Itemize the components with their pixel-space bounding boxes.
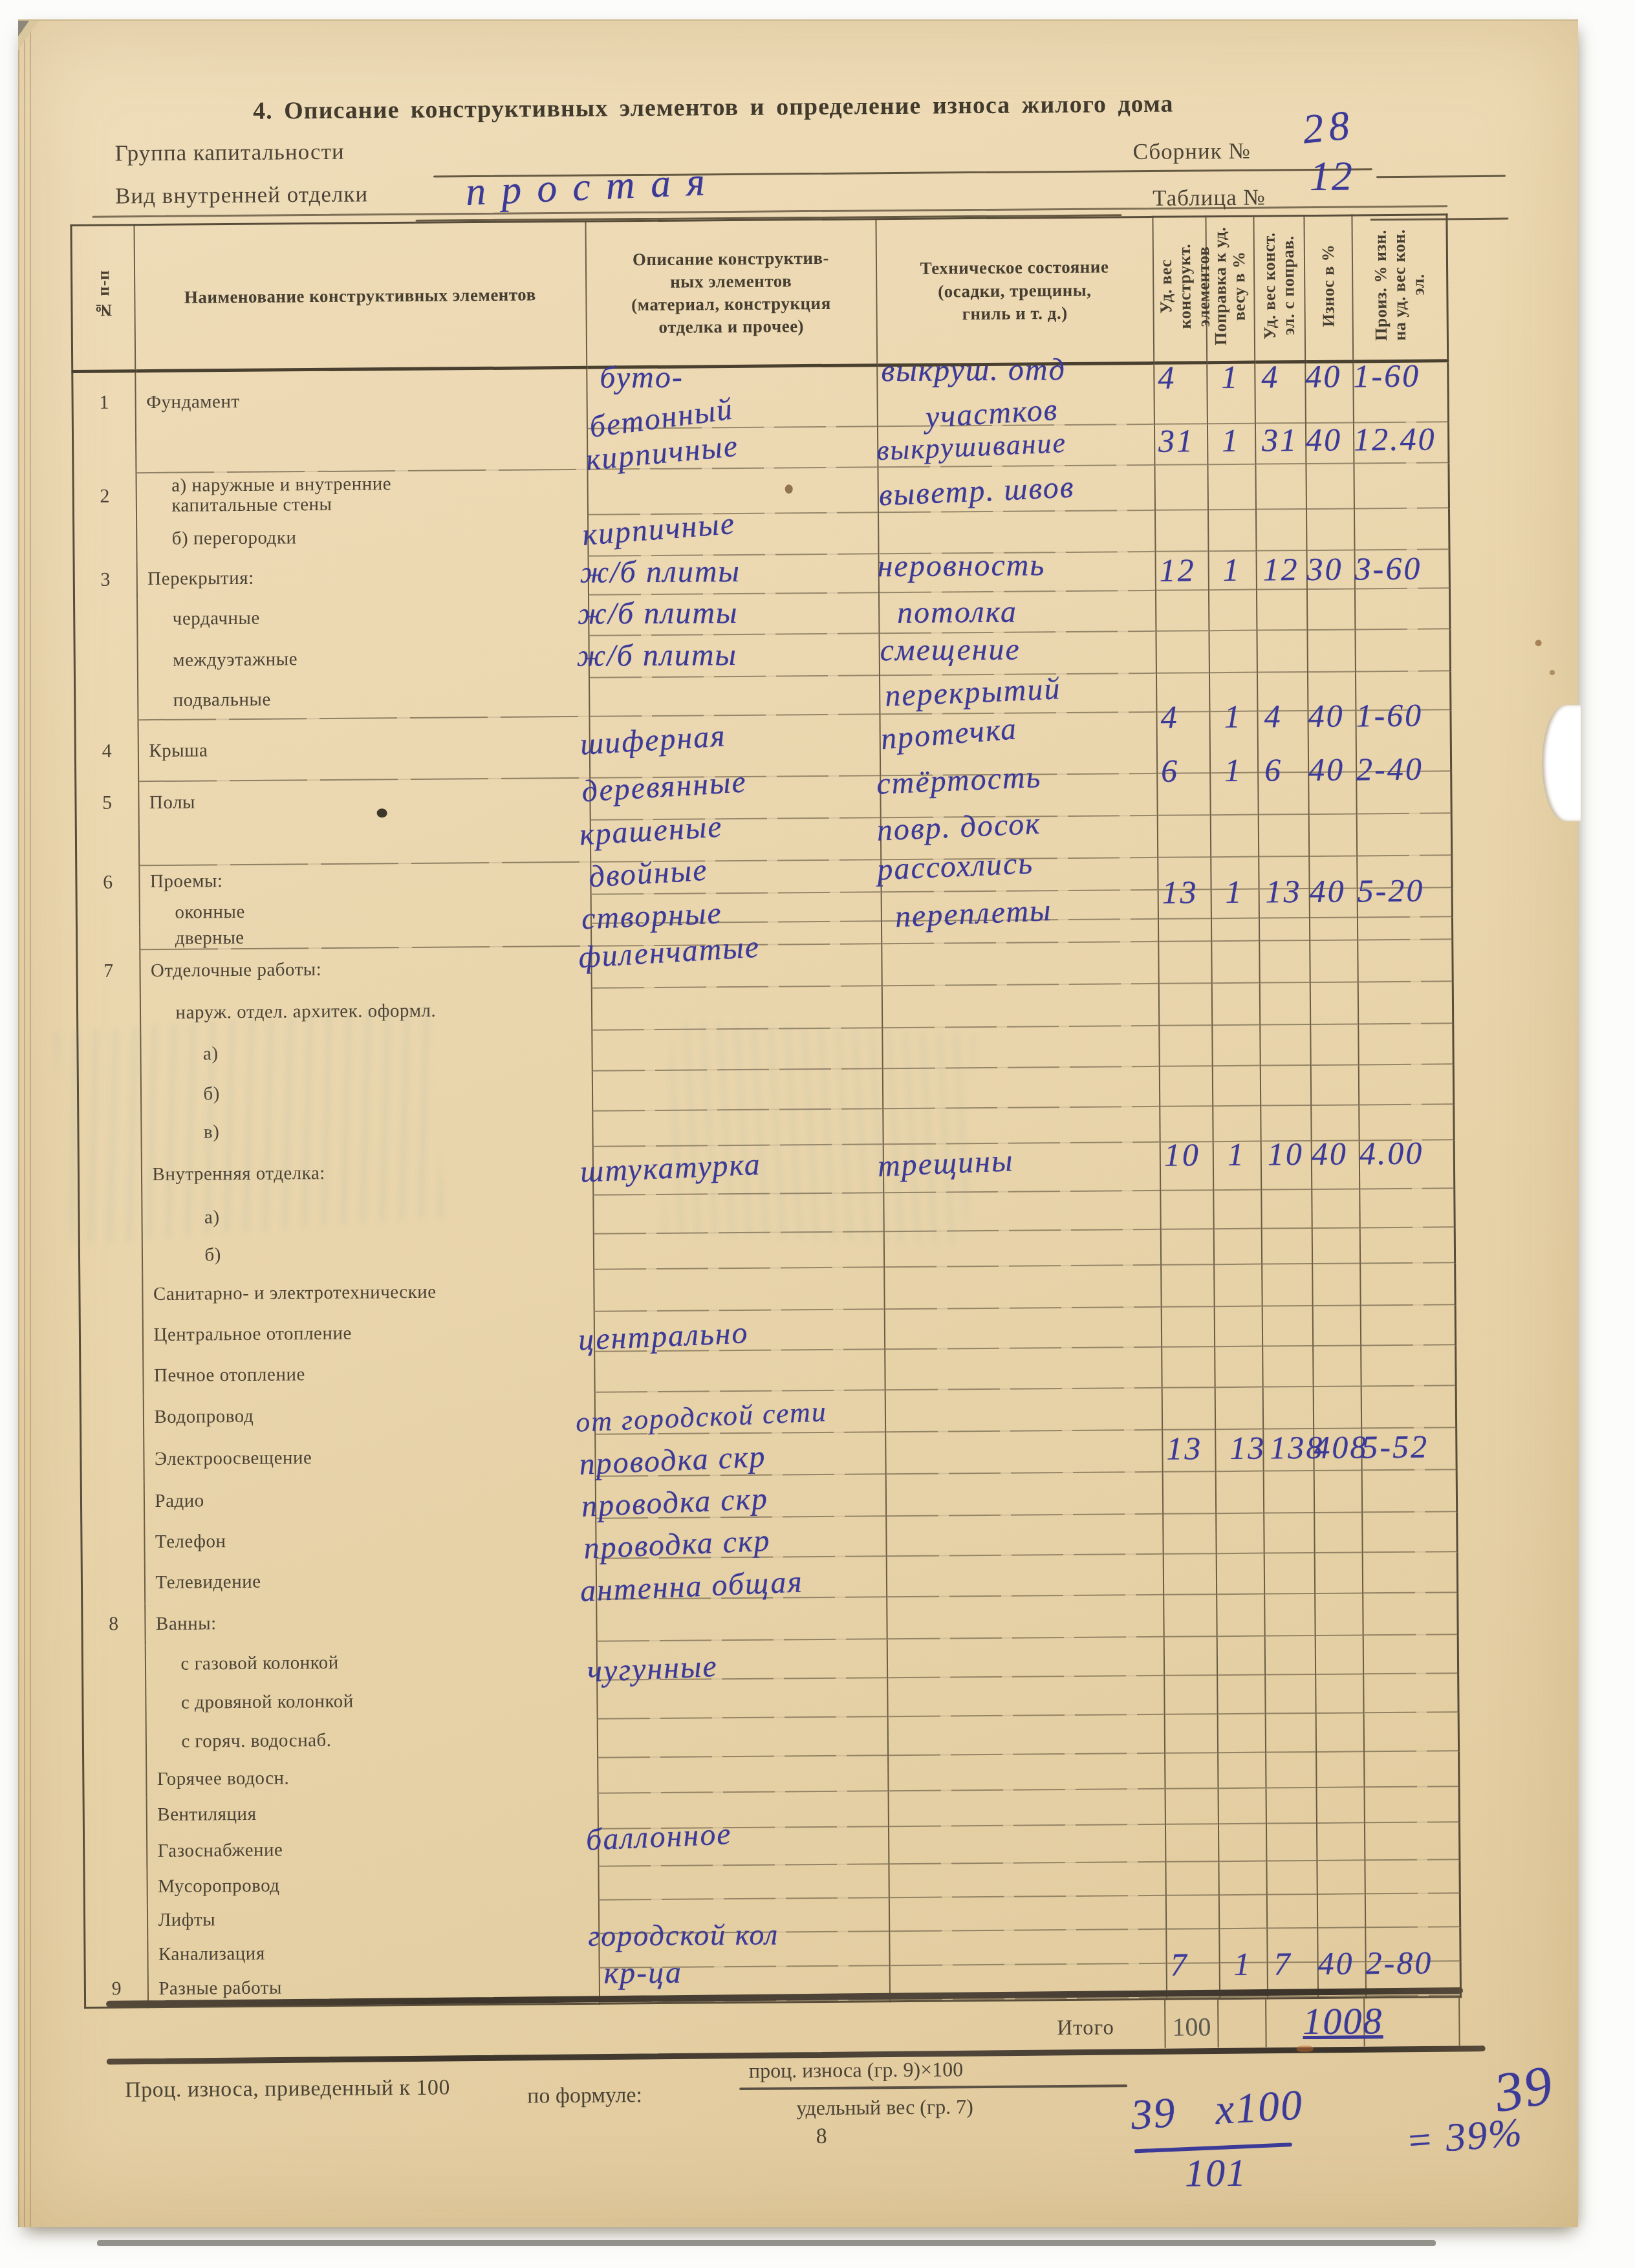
cell-row-label [138,820,590,865]
cell-popravka [1217,1594,1265,1637]
cell-proizv [1356,814,1452,856]
hw-value: 4.00 [1359,1137,1424,1170]
formula-numerator: проц. износа (гр. 9)×100 [749,2057,963,2083]
cell-udves [1158,942,1212,984]
col-header-proizv-label: Произ. % изн. на уд. вес кон. эл. [1371,219,1429,352]
cell-row-number [81,1438,144,1481]
cell-udves-poprav [1261,1190,1312,1229]
cell-popravka [1211,983,1260,1026]
cell-proizv [1363,1712,1458,1752]
cell-proizv [1358,1024,1453,1065]
field-label-sbornik: Сборник № [1132,138,1251,165]
table-row: 1Фундамент [72,361,1449,433]
cell-udves-poprav [1266,1824,1316,1862]
hw-value: 2-40 [1356,753,1424,786]
cell-row-label: б) перегородки [136,515,588,559]
cell-proizv [1360,1305,1455,1346]
col-header-name-label: Наименование конструктивных элементов [184,285,536,307]
hw-openings-material: створные [581,898,723,934]
cell-udves-poprav [1265,1714,1316,1753]
cell-proizv [1354,589,1449,630]
cell-iznos [1316,1787,1364,1824]
cell-udves [1165,1753,1218,1789]
cell-row-label: Крыша [138,717,590,781]
cell-iznos [1307,630,1356,673]
cell-row-number: 2 [73,473,136,519]
cell-row-label: Санитарно- и электротехнические [142,1269,594,1315]
cell-udves [1160,1191,1213,1230]
cell-popravka [1213,1190,1261,1229]
cell-condition [885,1472,1162,1516]
cell-udves-poprav [1266,1861,1317,1895]
col-header-num: № п-п [71,225,135,372]
cell-popravka [1217,1636,1264,1676]
cell-condition [886,1514,1163,1556]
scanned-document: 4. Описание конструктивных элементов и о… [0,0,1635,2268]
cell-popravka [1215,1387,1263,1430]
cell-row-label: с дровяной колонкой [146,1680,597,1722]
cell-row-number [76,898,139,928]
cell-popravka [1210,815,1259,858]
cell-condition [887,1676,1164,1716]
cell-iznos [1312,1264,1361,1306]
cell-udves [1163,1514,1216,1555]
cell-udves [1164,1637,1217,1676]
col-header-num-label: № п-п [94,270,113,320]
cell-row-number: 5 [76,782,139,825]
field-label-group: Группа капитальности [114,139,344,167]
cell-row-number [73,433,136,474]
cell-condition [884,1265,1161,1309]
cell-row-label: дверные [140,923,591,949]
totals-divider [1217,2000,1219,2047]
cell-row-number [84,1833,147,1871]
cell-row-number [74,599,137,640]
cell-udves-poprav [1255,464,1306,510]
cell-udves-poprav [1261,1229,1312,1265]
hw-sbornik-number: 28 [1301,104,1356,150]
cell-proizv [1362,1512,1457,1553]
cell-row-number [74,519,136,561]
hw-electricity: проводка скр [579,1442,767,1480]
hw-value: 12.40 [1354,422,1436,455]
cell-row-label: Электроосвещение [144,1434,595,1480]
cell-row-number [75,682,138,721]
paper-stain [785,484,793,493]
cell-iznos [1317,1861,1365,1895]
hw-value: 4 [1261,360,1279,393]
hw-value: 12 [1263,553,1299,585]
cell-udves [1164,1714,1217,1754]
hw-value: 1 [1224,700,1242,733]
hw-value: 1-60 [1353,360,1420,393]
cell-udves-poprav [1265,1675,1316,1714]
cell-row-label: с газовой колонкой [145,1641,596,1683]
cell-row-label: с горяч. водоснаб. [146,1719,597,1761]
hw-floors-condition: смещение [880,634,1021,666]
hw-value: 1-60 [1356,699,1423,732]
cell-iznos [1317,1894,1365,1928]
cell-proizv [1359,1227,1455,1264]
cell-popravka [1214,1264,1262,1307]
hw-openings-condition: переплеты [894,895,1052,933]
ink-bleedthrough [54,1004,445,1246]
cell-iznos [1310,1065,1358,1106]
cell-popravka [1215,1471,1264,1514]
cell-row-number: 7 [77,950,140,993]
cell-iznos [1315,1593,1363,1636]
cell-popravka [1215,1346,1262,1388]
cell-description [594,1268,884,1312]
hw-telephone: проводка скр [583,1526,772,1564]
hw-value: 13 [1229,1432,1266,1464]
cell-iznos [1312,1306,1360,1346]
ink-blot [377,808,387,817]
cell-row-number: 6 [76,866,139,899]
cell-popravka [1218,1788,1266,1824]
col-header-popravka-label: Поправка к уд. весу в % [1211,220,1250,352]
paper-stain [1550,670,1555,675]
cell-row-number [82,1645,145,1685]
cell-proizv [1364,1787,1459,1823]
totals-divider [1265,2000,1267,2047]
cell-proizv [1362,1552,1457,1593]
cell-udves [1158,984,1212,1026]
col-header-line: (материал, конструкция [589,292,873,317]
hw-floor-condition: стёртость [876,762,1042,800]
col-header-popravka: Поправка к уд. весу в % [1206,216,1255,363]
cell-condition [887,1637,1164,1678]
cell-udves-poprav [1259,918,1309,942]
cell-row-number [74,640,138,682]
cell-udves-poprav [1258,815,1309,858]
cell-row-label: Газоснабжение [147,1829,598,1870]
cell-popravka [1214,1306,1262,1347]
cell-description [598,1756,888,1794]
cell-udves [1165,1824,1218,1863]
cell-proizv [1364,1751,1459,1787]
hw-calc-denominator: 101 [1185,2154,1247,2193]
cell-udves [1158,919,1211,942]
cell-proizv [1363,1674,1458,1713]
hw-foundation-material: буто- [600,362,684,394]
col-header-proizv: Произ. % изн. на уд. вес кон. эл. [1352,215,1448,362]
cell-popravka [1216,1553,1264,1595]
cell-row-label: чердачные [137,595,589,639]
hw-value: 40 [1308,753,1345,786]
cell-popravka [1212,1025,1260,1066]
col-header-line: Техническое состояние [879,255,1149,280]
cell-proizv [1363,1593,1458,1636]
cell-proizv [1358,940,1453,982]
cell-popravka [1208,590,1256,631]
hw-value: 40 [1305,360,1341,393]
cell-row-label: междуэтажные [137,636,589,681]
cell-udves [1165,1895,1218,1930]
cell-row-number [84,1904,147,1938]
cell-popravka [1218,1753,1266,1789]
cell-row-label: Радио [144,1476,595,1522]
cell-proizv [1359,1189,1455,1228]
col-header-udves-poprav-label: Уд. вес конст. эл. с поправ. [1260,219,1299,352]
cell-row-number [80,1273,143,1316]
cell-udves-poprav [1263,1471,1314,1514]
totals-divider [1458,1998,1460,2046]
cell-popravka [1218,1824,1266,1862]
cell-udves-poprav [1262,1306,1312,1347]
cell-condition [889,1895,1165,1931]
cell-proizv [1360,1263,1456,1306]
cell-udves [1159,1066,1212,1107]
cell-row-number [81,1480,144,1523]
cell-row-label: Телефон [144,1518,596,1562]
cell-row-label: б) [142,1234,593,1273]
cell-udves-poprav [1255,510,1306,552]
cell-iznos [1310,940,1358,983]
hw-value: 31 [1262,424,1298,456]
cell-iznos [1316,1674,1363,1714]
cell-popravka [1216,1513,1264,1554]
formula-by-label: по формуле: [527,2083,642,2108]
hw-wear-percent-total: 39 [1491,2057,1557,2121]
page-content: 4. Описание конструктивных элементов и о… [18,9,1596,2228]
cell-row-label: Полы [138,778,590,823]
cell-description [597,1717,887,1758]
cell-popravka [1207,464,1256,510]
cell-row-label: Лифты [147,1900,598,1937]
cell-row-label: Центральное отопление [142,1312,594,1355]
col-header-line: ных элементов [589,269,873,294]
cell-udves-poprav [1264,1594,1316,1637]
cell-row-number [83,1723,146,1762]
hw-value: 12 [1160,554,1196,586]
hw-value: 1 [1222,424,1240,457]
cell-row-number [80,1315,142,1356]
col-header-name: Наименование конструктивных элементов [134,221,587,371]
hw-baths: чугунные [587,1651,719,1688]
cell-row-label: Телевидение [144,1559,596,1603]
cell-udves [1159,1026,1212,1067]
cell-udves-poprav [1257,631,1308,673]
hw-value: 40 [1306,424,1342,456]
cell-condition [884,1307,1161,1349]
hw-gas-supply: баллонное [585,1819,732,1856]
cell-proizv [1361,1386,1456,1429]
totals-label: Итого [1057,2016,1114,2040]
cell-iznos [1308,814,1357,857]
cell-proizv [1364,1822,1459,1861]
hw-openings-condition: рассохлись [876,848,1034,885]
cell-row-number [83,1797,146,1833]
cell-condition [882,984,1158,1028]
hw-misc-works: кр-ца [604,1958,682,1989]
cell-description [589,676,880,717]
cell-proizv [1365,1894,1460,1928]
cell-udves [1161,1307,1214,1348]
cell-popravka [1211,941,1260,984]
cell-popravka [1217,1675,1265,1714]
cell-row-number [77,927,140,951]
hw-value: 7 [1273,1947,1292,1980]
cell-udves-poprav [1259,983,1310,1026]
cell-popravka [1213,1229,1261,1265]
col-header-udves-poprav: Уд. вес конст. эл. с поправ. [1253,216,1305,363]
cell-condition [885,1430,1162,1474]
paper-page: 4. Описание конструктивных элементов и о… [18,19,1578,2227]
cell-row-number: 8 [82,1603,146,1646]
hw-foundation-condition: выкруш. отд [881,354,1066,387]
cell-condition [882,942,1158,986]
hw-central-heating: центрально [578,1317,749,1355]
hw-otdelka-kind: простая [465,161,721,212]
cell-popravka [1218,1895,1266,1929]
cell-row-number [76,824,139,867]
cell-proizv [1355,629,1451,672]
hw-sewerage: городской кол [588,1919,779,1950]
cell-row-number [80,1355,143,1397]
hw-value: 40 [1317,1947,1354,1979]
cell-popravka [1209,631,1257,673]
cell-row-number: 4 [75,720,138,783]
cell-proizv [1354,508,1449,550]
cell-udves [1164,1595,1217,1637]
cell-udves [1155,590,1208,632]
cell-iznos [1314,1471,1362,1513]
cell-popravka [1207,510,1256,552]
cell-row-label: Мусоропровод [147,1866,598,1903]
cell-iznos [1316,1752,1364,1788]
hw-floors-condition: неровность [877,550,1045,582]
cell-iznos [1312,1228,1359,1264]
cell-row-number [85,1938,147,1972]
cell-udves-poprav [1266,1895,1317,1929]
hw-value: 30 [1307,553,1343,585]
cell-iznos [1309,918,1357,941]
cell-row-label: оконные [139,894,590,927]
hw-value: 40 [1308,700,1344,732]
cell-udves [1155,510,1209,552]
cell-popravka [1212,1066,1260,1107]
cell-row-number [84,1870,147,1905]
cell-row-number [83,1684,146,1723]
cell-row-number: 1 [72,371,136,433]
cell-condition [889,1862,1165,1897]
cell-udves-poprav [1262,1264,1313,1307]
scan-edge-artifact [97,2240,1436,2246]
cell-udves [1162,1347,1215,1388]
cell-iznos [1314,1553,1362,1594]
cell-udves [1165,1789,1218,1825]
cell-iznos [1310,1024,1358,1066]
cell-condition [888,1824,1165,1864]
ink-bleedthrough [662,1021,975,1247]
cell-description [598,1864,889,1901]
cell-iznos [1306,589,1354,631]
cell-description [594,1350,885,1393]
cell-proizv [1358,1064,1453,1105]
cell-popravka [1217,1714,1265,1753]
cell-row-label: а) наружные и внутренниекапитальные стен… [136,470,588,518]
cell-iznos [1315,1636,1363,1675]
hw-value: 408 [1314,1431,1368,1463]
hw-floors-condition: перекрытий [884,673,1061,712]
table-row: 4Крыша [75,710,1451,783]
cell-udves [1162,1472,1216,1515]
hw-tablitsa-number: 12 [1310,155,1354,197]
cell-condition [885,1388,1162,1432]
cell-udves [1161,1265,1215,1308]
totals-divider [1164,2000,1166,2048]
cell-proizv [1358,982,1453,1024]
hw-value: 6 [1264,753,1283,786]
hw-value: 1 [1233,1948,1251,1980]
cell-udves-poprav [1266,1753,1316,1789]
cell-iznos [1312,1189,1359,1229]
hw-walls-condition: выветр. швов [878,472,1076,512]
cell-iznos [1316,1823,1364,1861]
hw-floor-condition: повр. досок [876,808,1042,847]
formula-fraction-bar [739,2084,1127,2090]
cell-udves-poprav [1264,1636,1315,1676]
hw-value: 40 [1309,875,1345,907]
header-row: № п-п Наименование конструктивных элемен… [71,215,1448,372]
cell-proizv [1354,463,1449,509]
hw-value: 2-80 [1365,1947,1433,1980]
cell-row-label-line2: капитальные стены [171,492,587,515]
col-header-line: гниль и т. д.) [880,301,1150,325]
hw-calc-numerator: 39 х100 [1130,2084,1305,2137]
cell-iznos [1310,982,1358,1025]
cell-row-number [81,1522,144,1563]
col-header-iznos: Износ в % [1304,215,1353,362]
formula-denominator: удельный вес (гр. 7) [796,2095,973,2120]
hw-openings-material: двойные [588,855,709,893]
hw-total-corrected: 1008 [1303,2002,1383,2040]
cell-row-number [83,1762,146,1798]
cell-condition [887,1714,1164,1755]
cell-row-label: Канализация [147,1934,599,1971]
hw-value: 1 [1223,554,1241,586]
cell-row-number [81,1562,144,1604]
cell-udves-poprav [1260,1066,1310,1107]
hw-value: 5-52 [1361,1431,1429,1463]
hw-value: 6 [1161,755,1179,787]
hw-value: 40 [1312,1138,1348,1170]
hw-value: 3-60 [1355,552,1422,585]
col-header-line: Описание конструктив- [589,246,872,272]
hw-value: 7 [1170,1949,1188,1981]
hw-basement-floor-material: ж/б плиты [577,640,738,672]
hw-value: 31 [1158,424,1195,457]
cell-udves-poprav [1264,1513,1314,1554]
cell-iznos [1313,1387,1361,1429]
cell-proizv [1361,1470,1457,1513]
cell-row-label: Отделочные работы: [140,946,591,991]
cell-iznos [1306,464,1354,510]
totals-weight-value: 100 [1172,2011,1211,2042]
hw-value: 1 [1228,1138,1246,1171]
cell-condition [887,1595,1164,1639]
cell-udves [1162,1388,1215,1431]
cell-udves [1154,465,1208,511]
cell-condition [888,1789,1165,1826]
cell-row-label: Фундамент [135,367,587,432]
hw-interfloor-material: ж/б плиты [578,598,739,630]
col-header-line: отделка и прочее) [589,314,873,340]
hw-value: 1 [1224,754,1242,786]
cell-udves-poprav [1262,1346,1313,1388]
cell-row-number: 3 [74,560,136,599]
